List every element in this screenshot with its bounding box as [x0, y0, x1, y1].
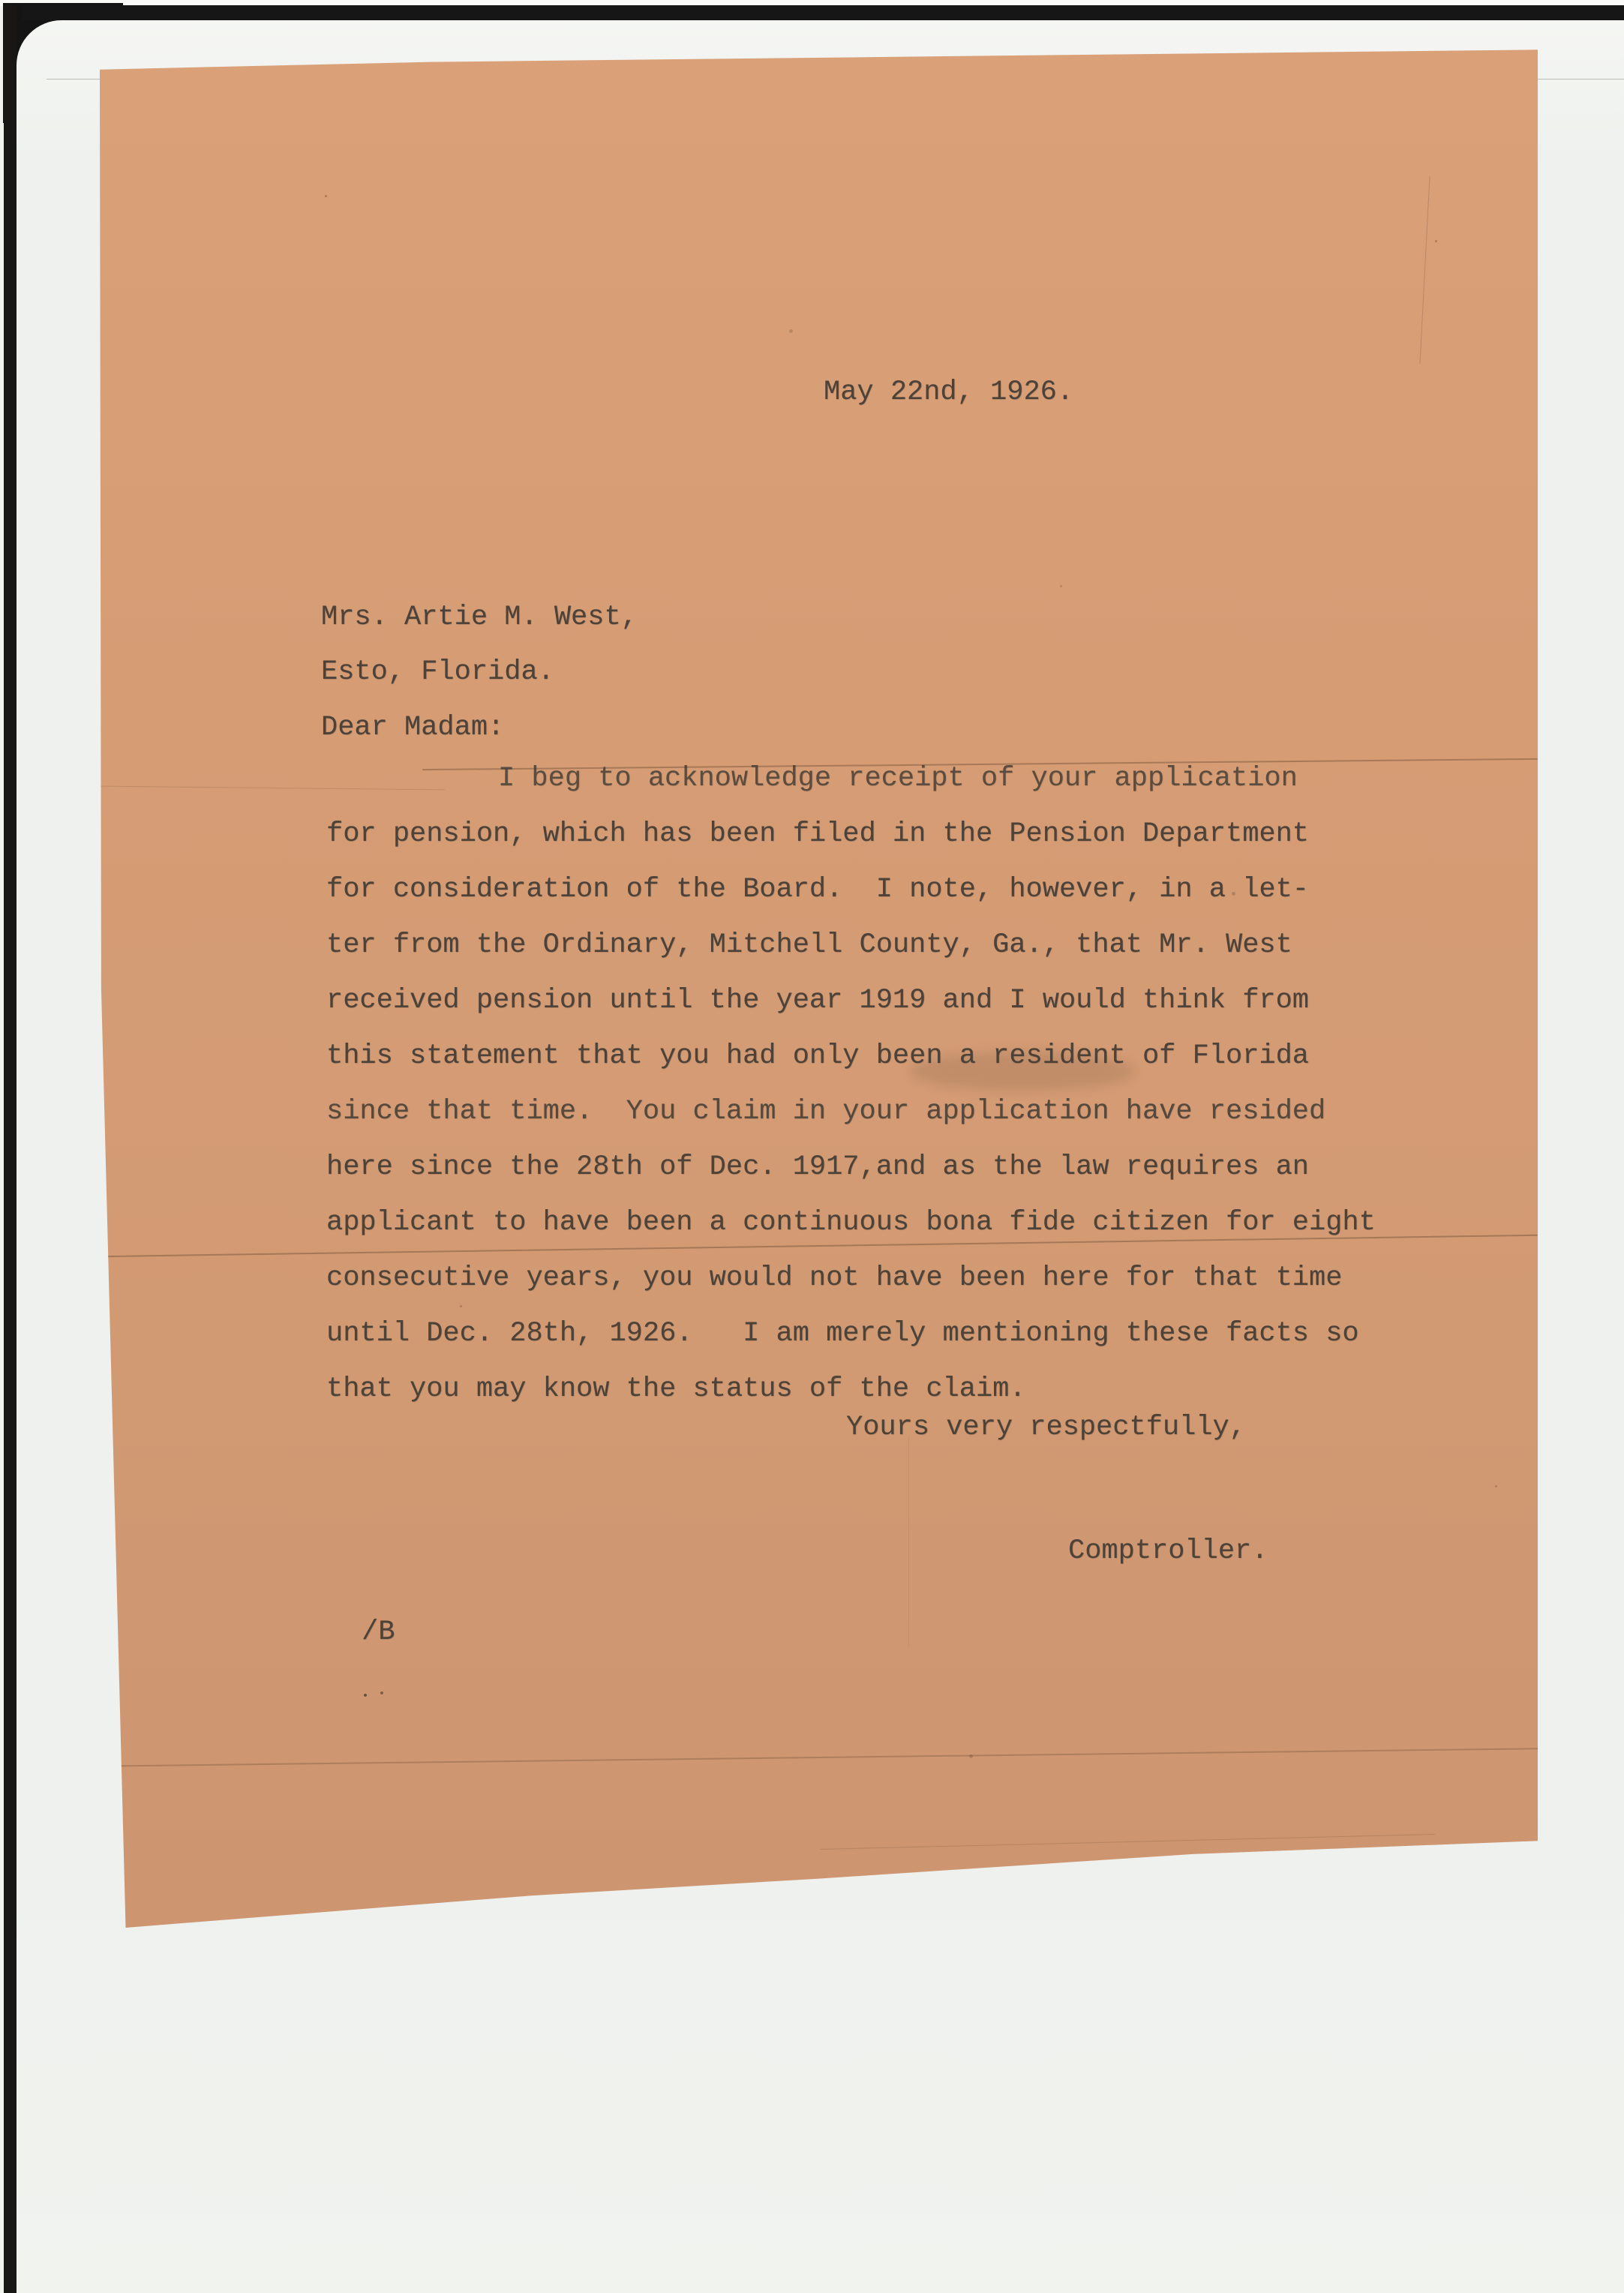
- body-line: here since the 28th of Dec. 1917,and as …: [326, 1154, 1309, 1181]
- body-line: that you may know the status of the clai…: [326, 1376, 1026, 1403]
- body-line: for pension, which has been filed in the…: [326, 821, 1309, 848]
- scanner-left-edge: [4, 5, 17, 2293]
- body-line: for consideration of the Board. I note, …: [326, 876, 1309, 904]
- paper-crease: [820, 1834, 1435, 1850]
- salutation: Dear Madam:: [321, 714, 504, 742]
- body-line: I beg to acknowledge receipt of your app…: [498, 765, 1298, 793]
- paper-crease: [1419, 176, 1430, 364]
- paper-crease: [100, 1748, 1538, 1766]
- paper-crease: [908, 1436, 909, 1646]
- recipient-name: Mrs. Artie M. West,: [321, 604, 638, 632]
- signature-title: Comptroller.: [1068, 1538, 1268, 1565]
- scanned-letter-page: May 22nd, 1926. Mrs. Artie M. West, Esto…: [0, 0, 1624, 2293]
- recipient-place: Esto, Florida.: [321, 659, 554, 686]
- date-line: May 22nd, 1926.: [824, 379, 1073, 407]
- body-line: consecutive years, you would not have be…: [326, 1265, 1342, 1292]
- scanner-top-edge: [23, 5, 1624, 20]
- body-line: applicant to have been a continuous bona…: [326, 1209, 1376, 1237]
- letter-paper: May 22nd, 1926. Mrs. Artie M. West, Esto…: [100, 45, 1538, 1931]
- body-line: ter from the Ordinary, Mitchell County, …: [326, 932, 1292, 959]
- closing-line: Yours very respectfully,: [846, 1414, 1246, 1442]
- paper-crease: [100, 786, 445, 791]
- stray-ink-dots: [364, 1694, 367, 1697]
- body-line: received pension until the year 1919 and…: [326, 987, 1309, 1015]
- body-line: this statement that you had only been a …: [326, 1043, 1309, 1070]
- paper-speckle: [325, 195, 327, 197]
- body-line: until Dec. 28th, 1926. I am merely menti…: [326, 1320, 1359, 1348]
- body-line: since that time. You claim in your appli…: [326, 1098, 1325, 1126]
- typist-initials: /B: [362, 1619, 395, 1646]
